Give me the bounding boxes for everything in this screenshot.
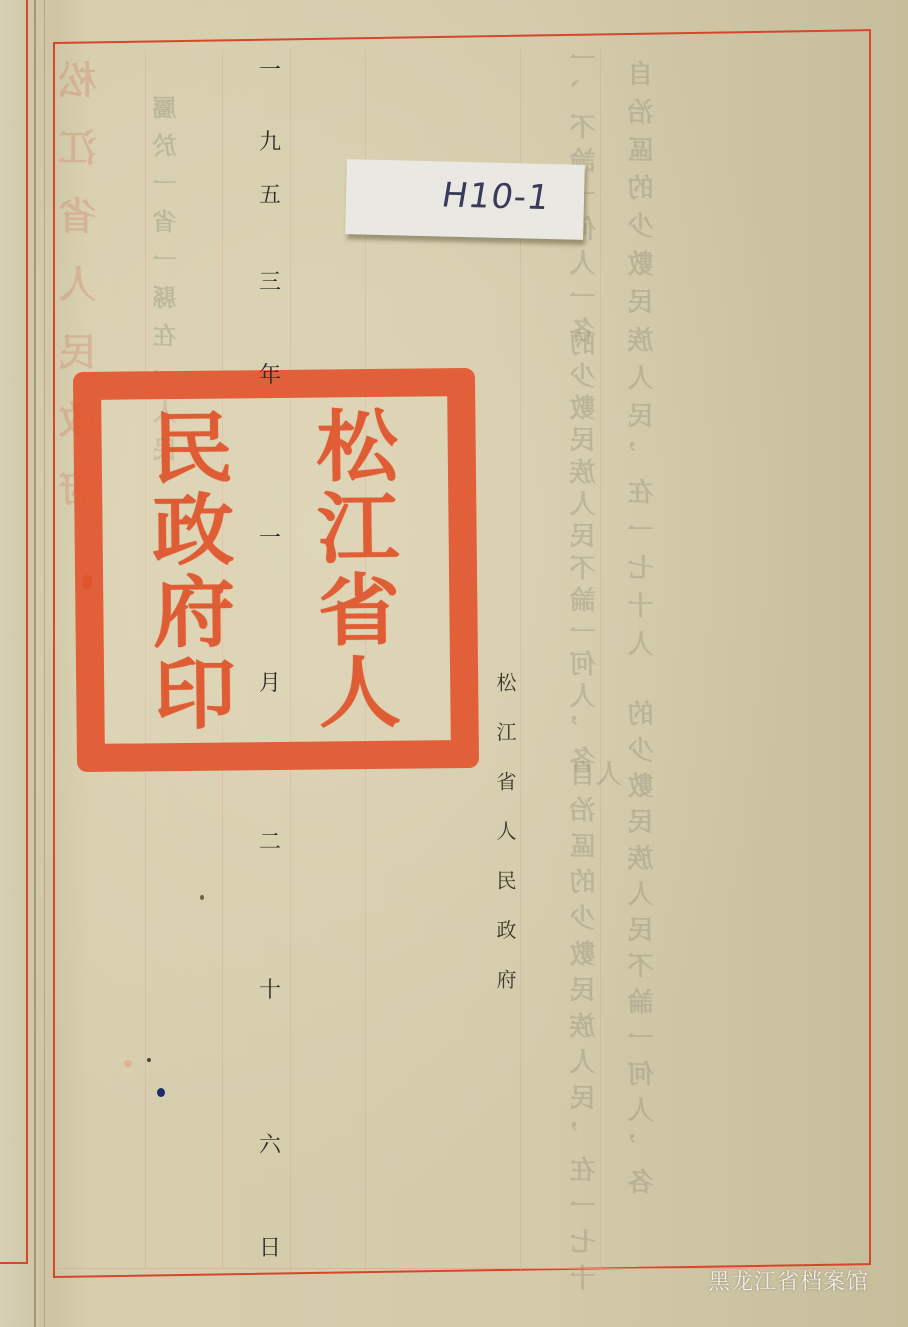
date-char: 一 bbox=[255, 528, 285, 550]
seal-char: 松 bbox=[274, 408, 440, 488]
date-char: 十 bbox=[255, 980, 285, 1002]
date-char: 日 bbox=[255, 1238, 285, 1260]
archive-watermark: 黑龙江省档案馆 bbox=[708, 1265, 869, 1296]
date-char: 三 bbox=[255, 272, 285, 294]
date-char: 月 bbox=[255, 673, 285, 695]
seal-char: 政 bbox=[110, 492, 276, 572]
archive-label-sticker: H10-1 bbox=[345, 159, 585, 240]
seal-char: 人 bbox=[277, 654, 443, 734]
page-fold-line bbox=[34, 0, 36, 1327]
seal-char: 省 bbox=[276, 572, 442, 652]
bleed-through-column: 的少數民族人民不論一何人，各 bbox=[572, 330, 598, 778]
page-fold-line-secondary bbox=[44, 0, 45, 1327]
bleed-through-column: 自治區的少數民族人民，在一七十人 bbox=[572, 760, 624, 1327]
back-page-red-border bbox=[0, 0, 28, 1264]
dirt-speck bbox=[200, 895, 204, 900]
back-page-edge bbox=[0, 0, 34, 1327]
stain-spot bbox=[124, 1060, 132, 1067]
date-char: 九 bbox=[255, 132, 285, 154]
document-date: 一 九 五 三 年 一 月 二 十 六 日 bbox=[255, 60, 285, 1280]
date-char: 年 bbox=[255, 365, 285, 387]
date-char: 六 bbox=[255, 1135, 285, 1157]
seal-char: 府 bbox=[111, 574, 277, 654]
bleed-through-column: 自治區的少數民族人民，在一七十人 bbox=[630, 60, 656, 668]
seal-ink-blot bbox=[82, 575, 92, 589]
ink-dot bbox=[157, 1088, 165, 1097]
date-char: 一 bbox=[255, 60, 285, 82]
dirt-speck bbox=[147, 1058, 151, 1062]
seal-char: 民 bbox=[109, 410, 275, 490]
seal-char: 江 bbox=[275, 490, 441, 570]
date-char: 二 bbox=[255, 832, 285, 854]
date-char: 五 bbox=[255, 185, 285, 207]
bleed-through-column: 的少數民族人民不論一何人，各 bbox=[630, 700, 656, 1204]
archive-label-code: H10-1 bbox=[439, 176, 553, 218]
seal-char: 印 bbox=[112, 656, 278, 736]
issuer-name: 松江省人民政府 bbox=[495, 672, 515, 1019]
